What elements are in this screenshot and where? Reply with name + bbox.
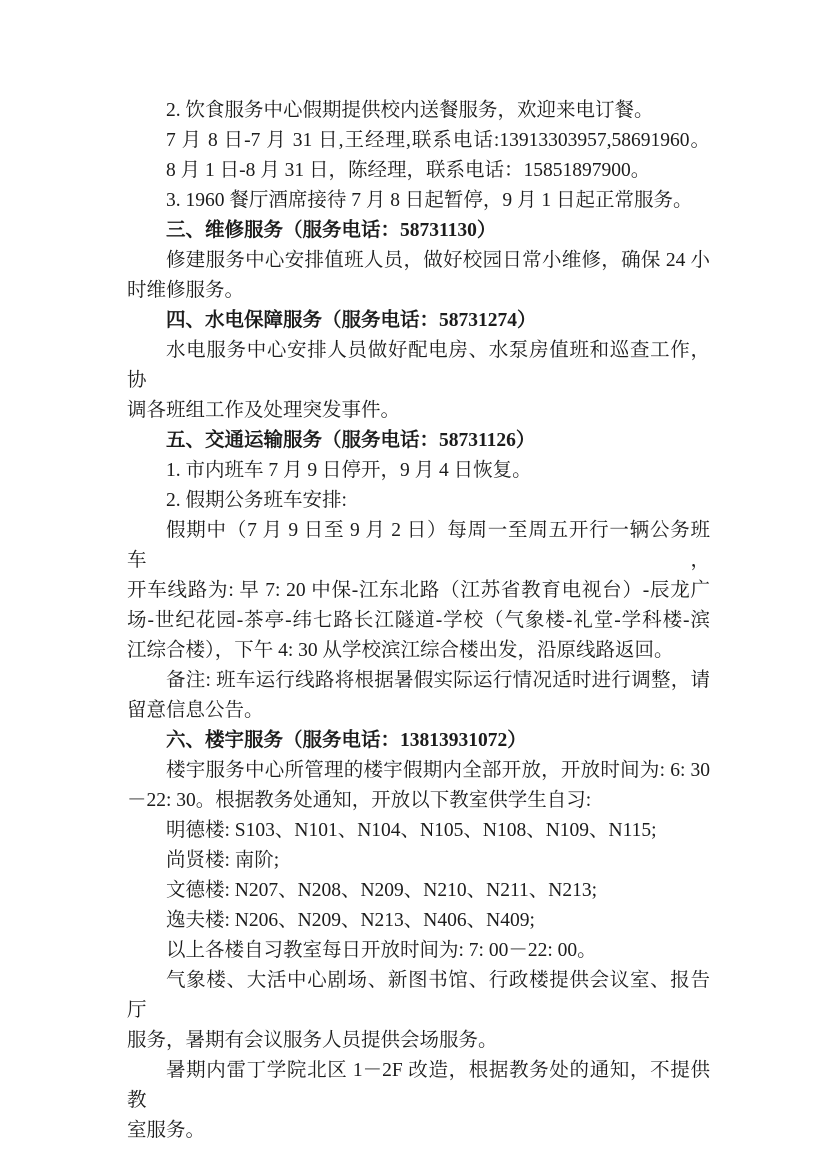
doc-line-renovation-2: 室服务。	[127, 1116, 710, 1146]
doc-line-catering-contact-aug: 8 月 1 日-8 月 31 日，陈经理，联系电话：15851897900。	[127, 156, 710, 186]
doc-line-bus-route-2: 开车线路为: 早 7: 20 中保-江东北路（江苏省教育电视台）-辰龙广	[127, 576, 710, 606]
doc-line-catering-contact-july: 7 月 8 日-7 月 31 日,王经理,联系电话:13913303957,58…	[127, 126, 710, 156]
doc-line-bus-route-4: 江综合楼），下午 4: 30 从学校滨江综合楼出发，沿原线路返回。	[127, 636, 710, 666]
doc-line-utilities-2: 调各班组工作及处理突发事件。	[127, 396, 710, 426]
heading-utilities-service: 四、水电保障服务（服务电话：58731274）	[127, 306, 710, 336]
heading-transport-service: 五、交通运输服务（服务电话：58731126）	[127, 426, 710, 456]
doc-line-city-shuttle: 1. 市内班车 7 月 9 日停开，9 月 4 日恢复。	[127, 456, 710, 486]
doc-line-catering-delivery: 2. 饮食服务中心假期提供校内送餐服务，欢迎来电订餐。	[127, 96, 710, 126]
heading-building-service: 六、楼宇服务（服务电话：13813931072）	[127, 726, 710, 756]
doc-line-rooms-mingde: 明德楼: S103、N101、N104、N105、N108、N109、N115;	[127, 816, 710, 846]
doc-line-building-hours-1: 楼宇服务中心所管理的楼宇假期内全部开放，开放时间为: 6: 30	[127, 756, 710, 786]
doc-line-bus-route-1: 假期中（7 月 9 日至 9 月 2 日）每周一至周五开行一辆公务班车，	[127, 516, 710, 576]
doc-line-rooms-wende: 文德楼: N207、N208、N209、N210、N211、N213;	[127, 876, 710, 906]
doc-line-bus-route-3: 场-世纪花园-茶亭-纬七路长江隧道-学校（气象楼-礼堂-学科楼-滨	[127, 606, 710, 636]
doc-line-bus-remark-1: 备注: 班车运行线路将根据暑假实际运行情况适时进行调整，请	[127, 666, 710, 696]
doc-line-repair-1: 修建服务中心安排值班人员，做好校园日常小维修，确保 24 小	[127, 246, 710, 276]
document-body: 2. 饮食服务中心假期提供校内送餐服务，欢迎来电订餐。 7 月 8 日-7 月 …	[127, 96, 710, 1146]
doc-line-study-hours: 以上各楼自习教室每日开放时间为: 7: 00－22: 00。	[127, 936, 710, 966]
doc-line-utilities-1: 水电服务中心安排人员做好配电房、水泵房值班和巡查工作，协	[127, 336, 710, 396]
doc-line-renovation-1: 暑期内雷丁学院北区 1－2F 改造，根据教务处的通知，不提供教	[127, 1056, 710, 1116]
doc-line-banquet-notice: 3. 1960 餐厅酒席接待 7 月 8 日起暂停，9 月 1 日起正常服务。	[127, 186, 710, 216]
doc-line-meeting-rooms-1: 气象楼、大活中心剧场、新图书馆、行政楼提供会议室、报告厅	[127, 966, 710, 1026]
document-page: 2. 饮食服务中心假期提供校内送餐服务，欢迎来电订餐。 7 月 8 日-7 月 …	[0, 0, 827, 1169]
doc-line-rooms-shangxian: 尚贤楼: 南阶;	[127, 846, 710, 876]
doc-line-repair-2: 时维修服务。	[127, 276, 710, 306]
heading-repair-service: 三、维修服务（服务电话：58731130）	[127, 216, 710, 246]
doc-line-meeting-rooms-2: 服务，暑期有会议服务人员提供会场服务。	[127, 1026, 710, 1056]
doc-line-rooms-yifu: 逸夫楼: N206、N209、N213、N406、N409;	[127, 906, 710, 936]
doc-line-official-bus-title: 2. 假期公务班车安排:	[127, 486, 710, 516]
doc-line-building-hours-2: －22: 30。根据教务处通知，开放以下教室供学生自习:	[127, 786, 710, 816]
doc-line-bus-remark-2: 留意信息公告。	[127, 696, 710, 726]
